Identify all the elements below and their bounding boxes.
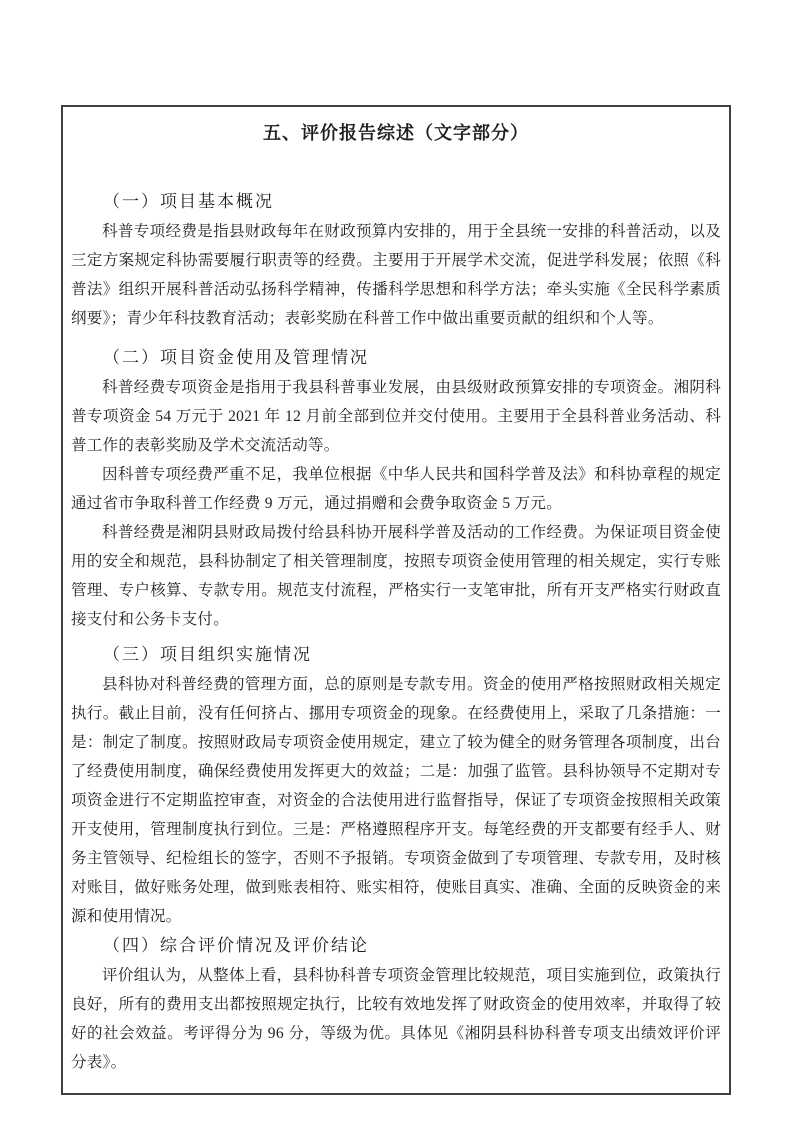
paragraph-fund-control: 科普经费是湘阴县财政局拨付给县科协开展科学普及活动的工作经费。为保证项目资金使用… <box>71 518 721 634</box>
report-title: 五、评价报告综述（文字部分） <box>71 121 721 145</box>
heading-evaluation-conclusion: （四）综合评价情况及评价结论 <box>71 931 721 961</box>
paragraph-fund-source: 科普经费专项资金是指用于我县科普事业发展，由县级财政预算安排的专项资金。湘阴科普… <box>71 373 721 460</box>
heading-fund-usage-management: （二）项目资金使用及管理情况 <box>71 343 721 373</box>
paragraph-fund-shortage: 因科普专项经费严重不足，我单位根据《中华人民共和国科学普及法》和科协章程的规定通… <box>71 460 721 518</box>
heading-project-overview: （一）项目基本概况 <box>71 187 721 217</box>
report-summary-box: 五、评价报告综述（文字部分） （一）项目基本概况 科普专项经费是指县财政每年在财… <box>61 105 731 1095</box>
document-page: 五、评价报告综述（文字部分） （一）项目基本概况 科普专项经费是指县财政每年在财… <box>0 0 793 1122</box>
paragraph-project-overview: 科普专项经费是指县财政每年在财政预算内安排的，用于全县统一安排的科普活动，以及三… <box>71 217 721 333</box>
heading-project-implementation: （三）项目组织实施情况 <box>71 640 721 670</box>
paragraph-implementation-details: 县科协对科普经费的管理方面，总的原则是专款专用。资金的使用严格按照财政相关规定执… <box>71 670 721 931</box>
paragraph-evaluation-conclusion: 评价组认为，从整体上看，县科协科普专项资金管理比较规范，项目实施到位，政策执行良… <box>71 961 721 1077</box>
